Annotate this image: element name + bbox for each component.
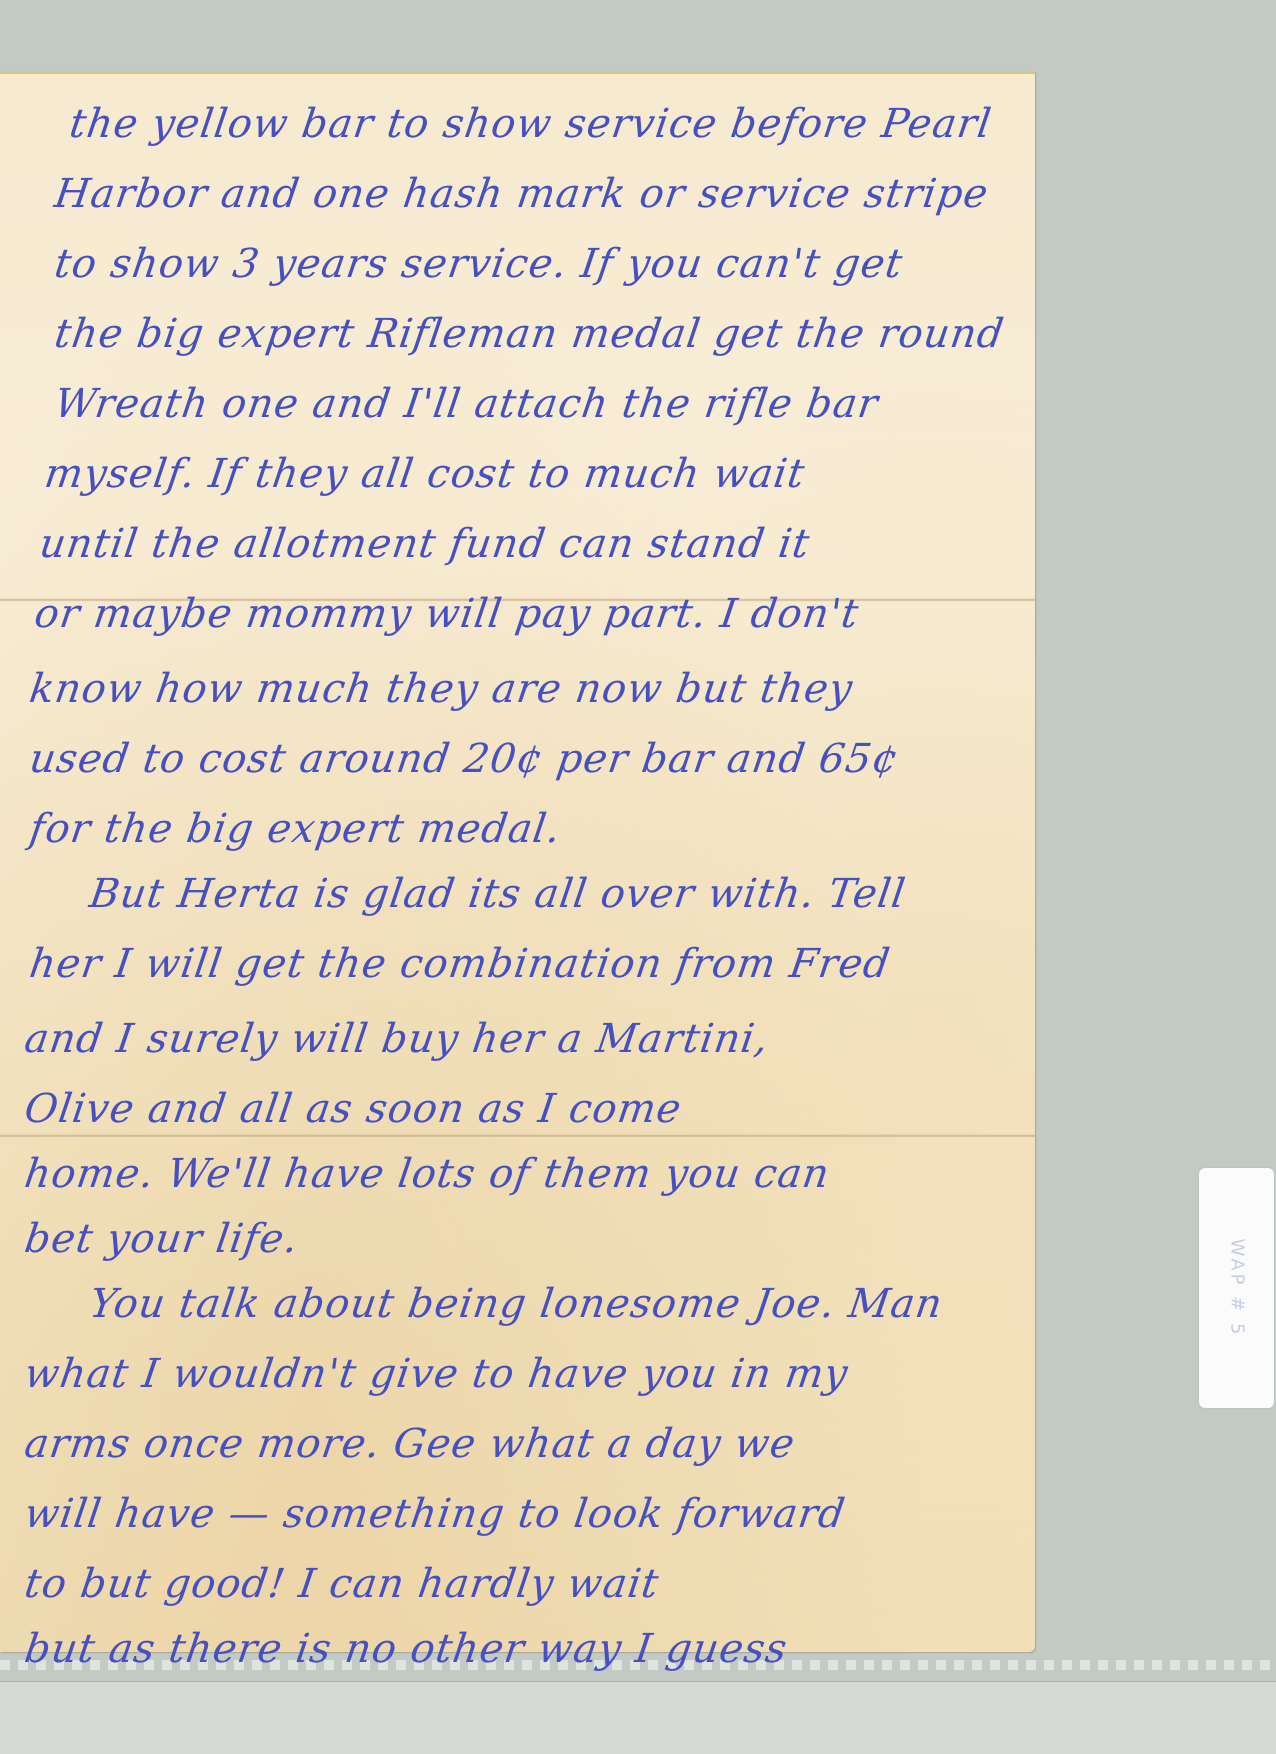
text-line: bet your life. [22, 1216, 302, 1262]
text-line: myself. If they all cost to much wait [42, 451, 808, 497]
text-line: until the allotment fund can stand it [37, 521, 813, 567]
text-line: Harbor and one hash mark or service stri… [52, 171, 992, 217]
archival-sleeve-lower [0, 1681, 1276, 1754]
text-line: will have — something to look forward [22, 1491, 849, 1537]
text-line: But Herta is glad its all over with. Tel… [87, 871, 909, 917]
text-line: home. We'll have lots of them you can [22, 1151, 833, 1197]
handwritten-text: the yellow bar to show service before Pe… [0, 71, 1035, 1652]
text-line: to but good! I can hardly wait [22, 1561, 662, 1607]
text-line: the yellow bar to show service before Pe… [67, 101, 995, 147]
archive-label-text: WAP # 5 [1226, 1239, 1247, 1338]
text-line: the big expert Rifleman medal get the ro… [52, 311, 1007, 357]
text-line: or maybe mommy will pay part. I don't [32, 591, 862, 637]
text-line: to show 3 years service. If you can't ge… [52, 241, 906, 287]
text-line: and I surely will buy her a Martini, [22, 1016, 772, 1062]
text-line: Olive and all as soon as I come [22, 1086, 685, 1132]
text-line: but as there is no other way I guess [22, 1626, 791, 1672]
text-line: arms once more. Gee what a day we [22, 1421, 798, 1467]
letter-page: the yellow bar to show service before Pe… [0, 71, 1035, 1652]
text-line: used to cost around 20¢ per bar and 65¢ [27, 736, 902, 782]
text-line: know how much they are now but they [27, 666, 856, 712]
text-line: what I wouldn't give to have you in my [22, 1351, 851, 1397]
text-line: Wreath one and I'll attach the rifle bar [52, 381, 882, 427]
text-line: her I will get the combination from Fred [27, 941, 894, 987]
text-line: You talk about being lonesome Joe. Man [87, 1281, 946, 1327]
text-line: for the big expert medal. [27, 806, 564, 852]
archive-label: WAP # 5 [1199, 1168, 1274, 1408]
